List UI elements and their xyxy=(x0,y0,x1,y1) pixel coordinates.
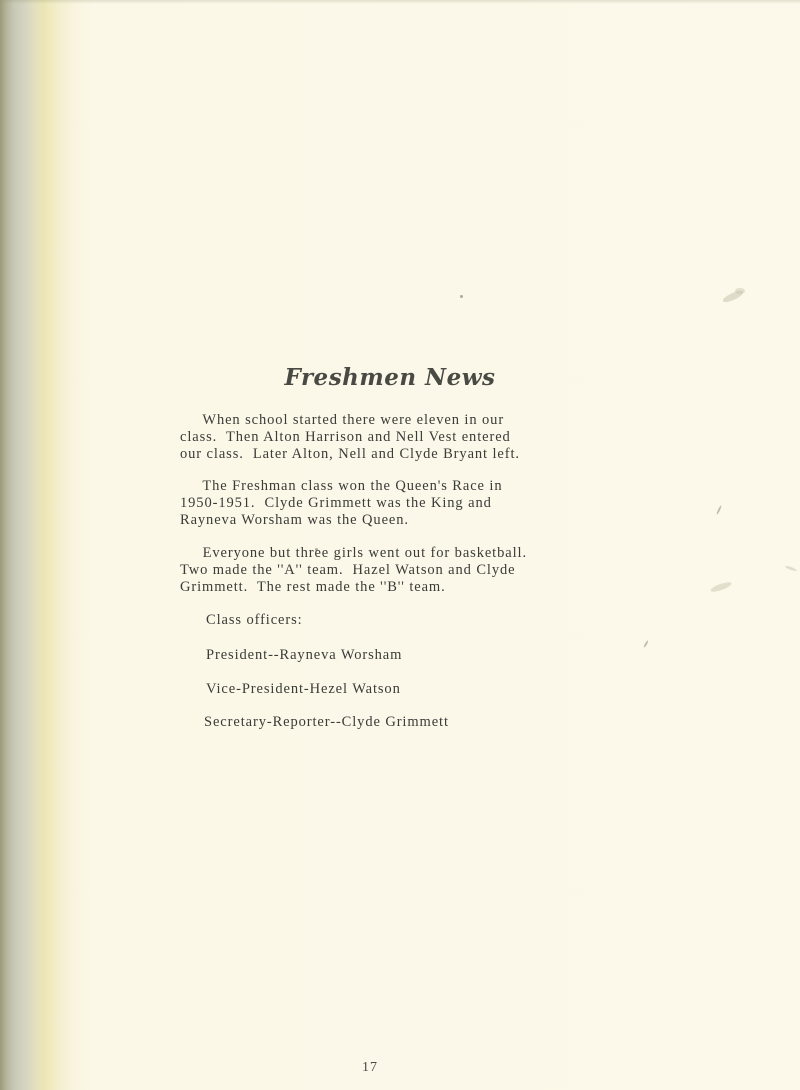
page-number: 17 xyxy=(0,1060,740,1076)
text-line: 1950-1951. Clyde Grimmett was the King a… xyxy=(180,495,600,512)
page-title: Freshmen News xyxy=(0,364,780,391)
officer-vice-president: Vice-President-Hezel Watson xyxy=(206,681,626,698)
page-top-shadow xyxy=(0,0,800,4)
paper-speck xyxy=(735,288,745,294)
text-line: class. Then Alton Harrison and Nell Vest… xyxy=(180,429,600,446)
paragraph-queens-race: The Freshman class won the Queen's Race … xyxy=(180,478,600,529)
text-line: Grimmett. The rest made the ''B'' team. xyxy=(180,579,600,596)
text-line: Two made the ''A'' team. Hazel Watson an… xyxy=(180,562,600,579)
text-line: The Freshman class won the Queen's Race … xyxy=(180,478,600,495)
paragraph-enrollment: When school started there were eleven in… xyxy=(180,412,600,463)
text-line: Everyone but three girls went out for ba… xyxy=(180,545,600,562)
title-text: Freshmen News xyxy=(285,364,496,391)
paper-speck xyxy=(460,295,463,298)
officers-heading: Class officers: xyxy=(206,612,626,629)
officer-secretary-reporter: Secretary-Reporter--Clyde Grimmett xyxy=(204,714,624,731)
text-line: our class. Later Alton, Nell and Clyde B… xyxy=(180,446,600,463)
text-line: When school started there were eleven in… xyxy=(180,412,600,429)
paragraph-basketball: Everyone but three girls went out for ba… xyxy=(180,545,600,596)
officer-president: President--Rayneva Worsham xyxy=(206,647,626,664)
text-line: Rayneva Worsham was the Queen. xyxy=(180,512,600,529)
